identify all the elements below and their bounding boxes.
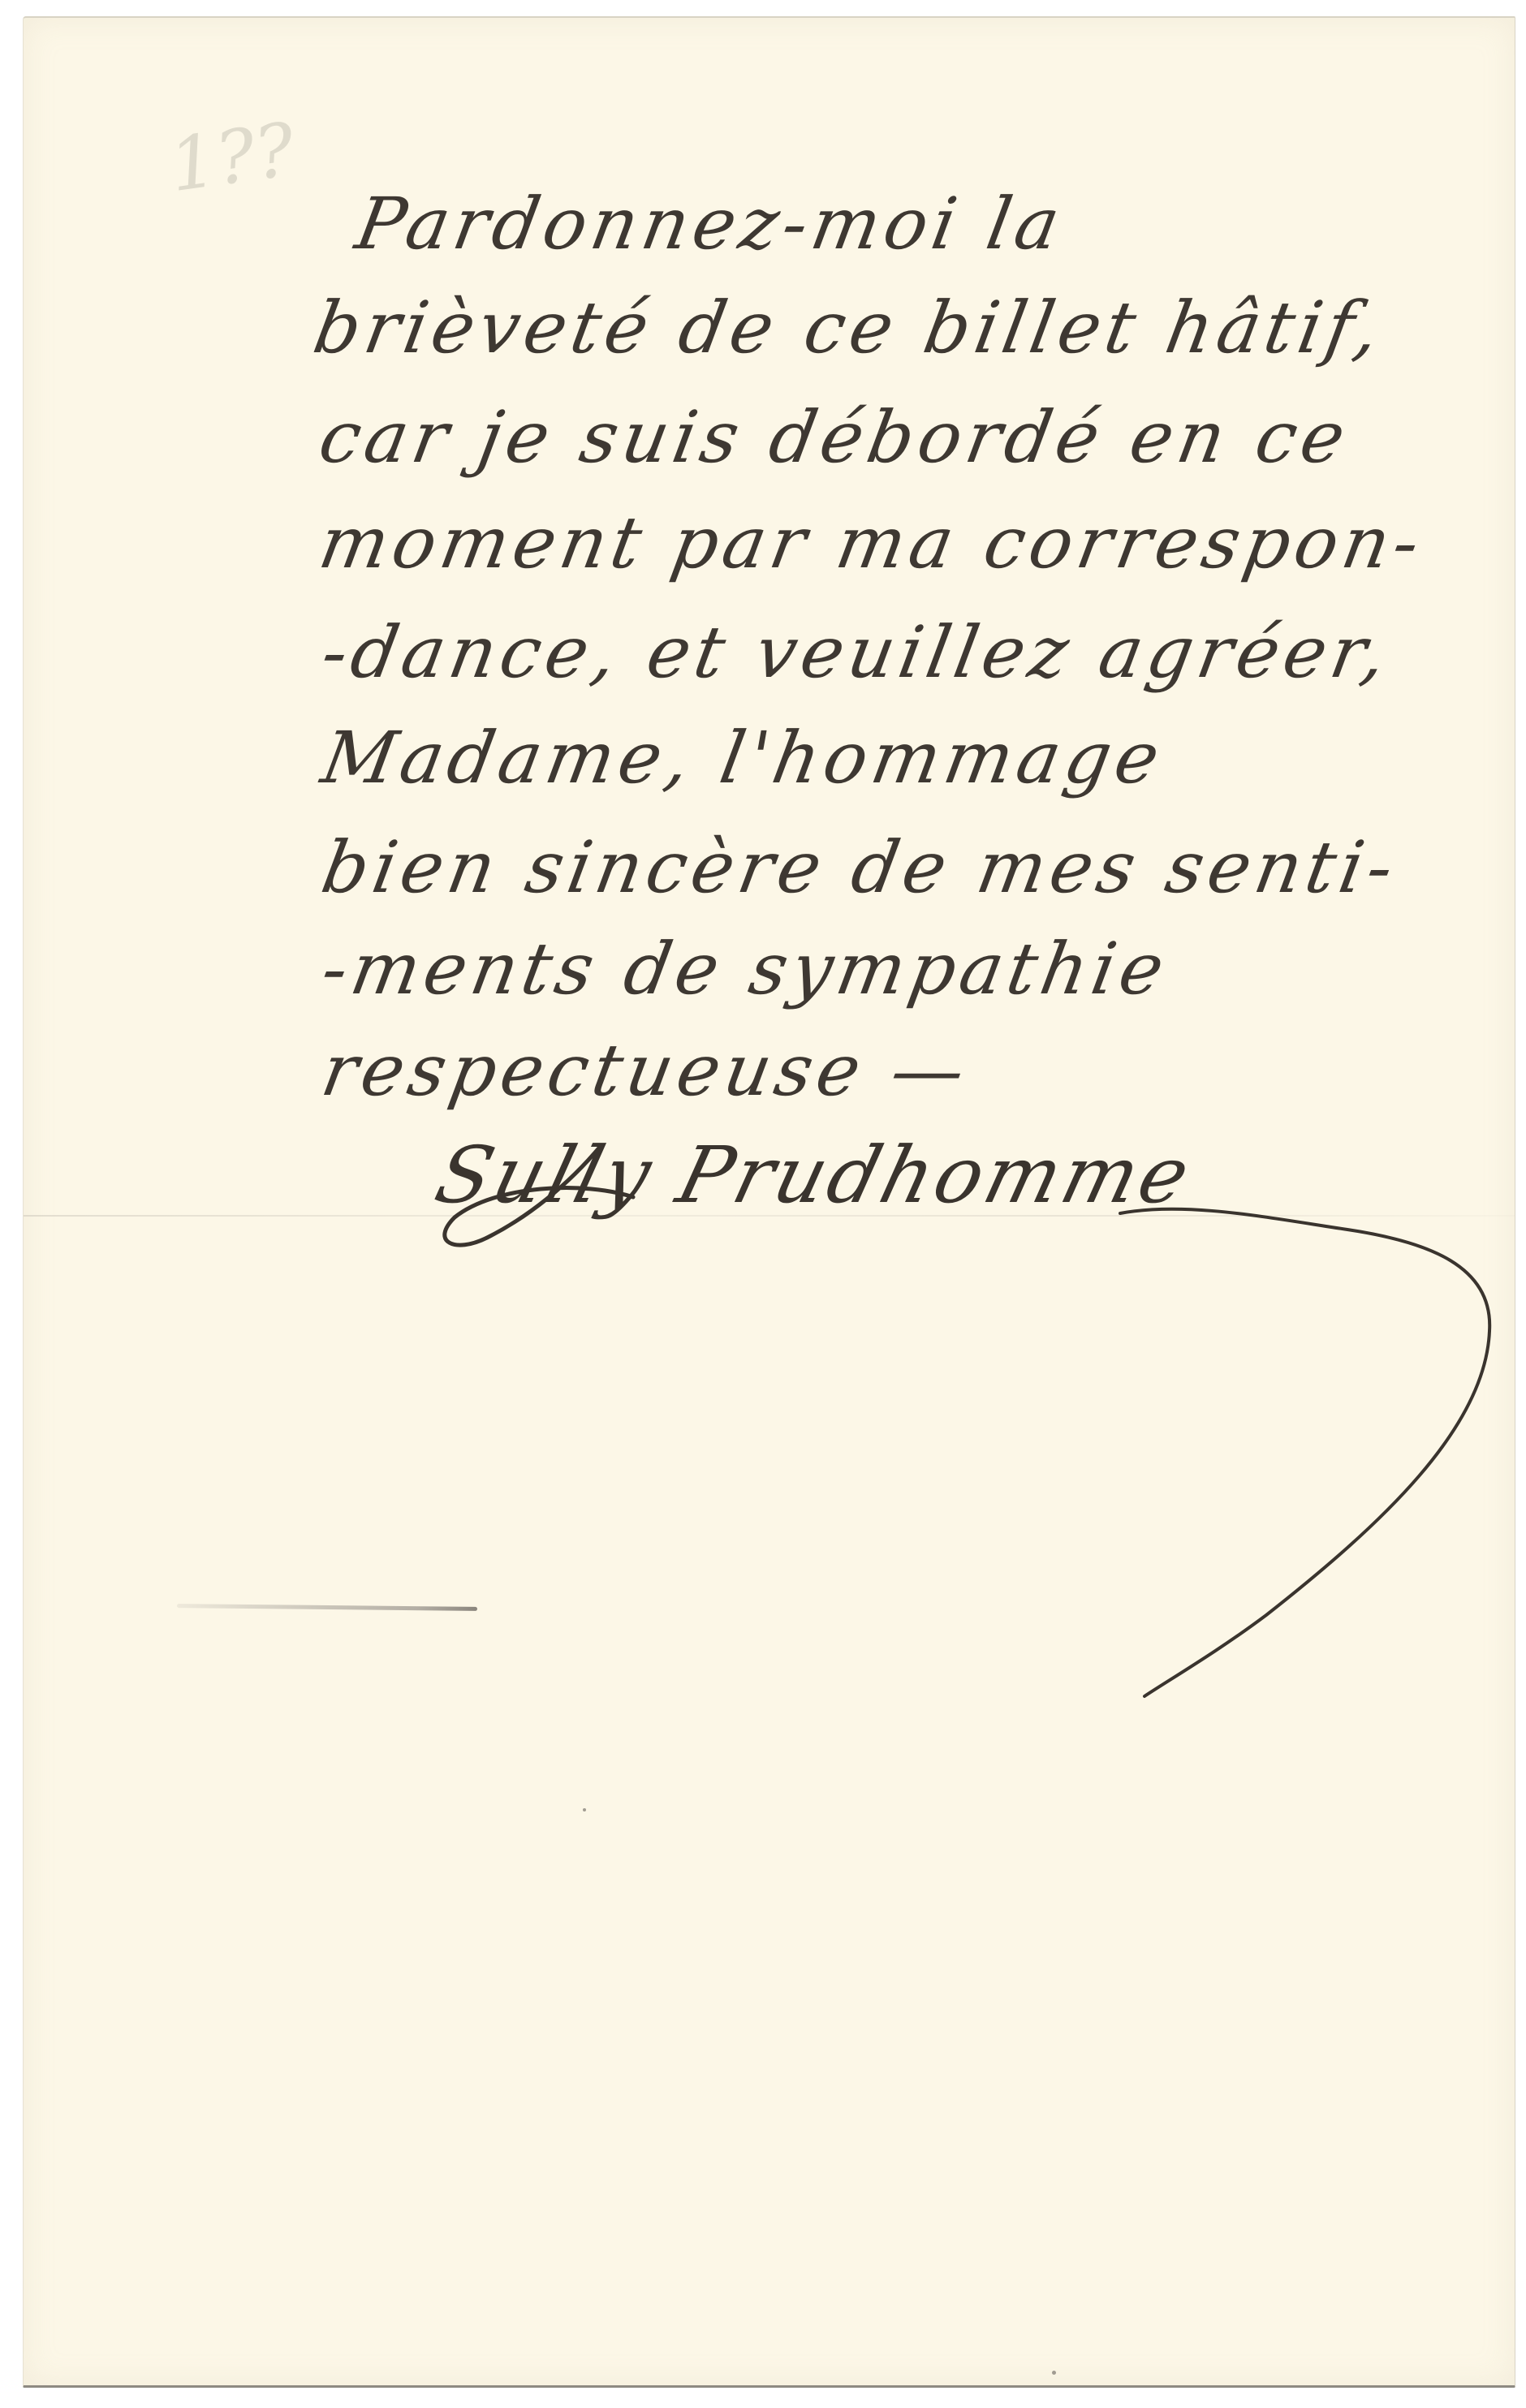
letter-line-2: brièveté de ce billet hâtif, — [308, 292, 1389, 364]
letter-line-3: car je suis débordé en ce — [314, 402, 1355, 473]
letter-line-1: Pardonnez-moi la — [351, 188, 1069, 260]
signature: Sully Prudhomme — [429, 1136, 1200, 1214]
letter-line-8: -ments de sympathie — [317, 933, 1174, 1005]
letter-line-4: moment par ma correspon- — [314, 507, 1429, 579]
letter-line-5: -dance, et veuillez agréer, — [317, 617, 1396, 688]
letter-line-6: Madame, l'hommage — [317, 722, 1169, 794]
letter-body: Pardonnez-moi la brièveté de ce billet h… — [0, 0, 1526, 2408]
letter-line-7: bien sincère de mes senti- — [317, 832, 1403, 903]
letter-line-9: respectueuse — — [317, 1035, 975, 1106]
